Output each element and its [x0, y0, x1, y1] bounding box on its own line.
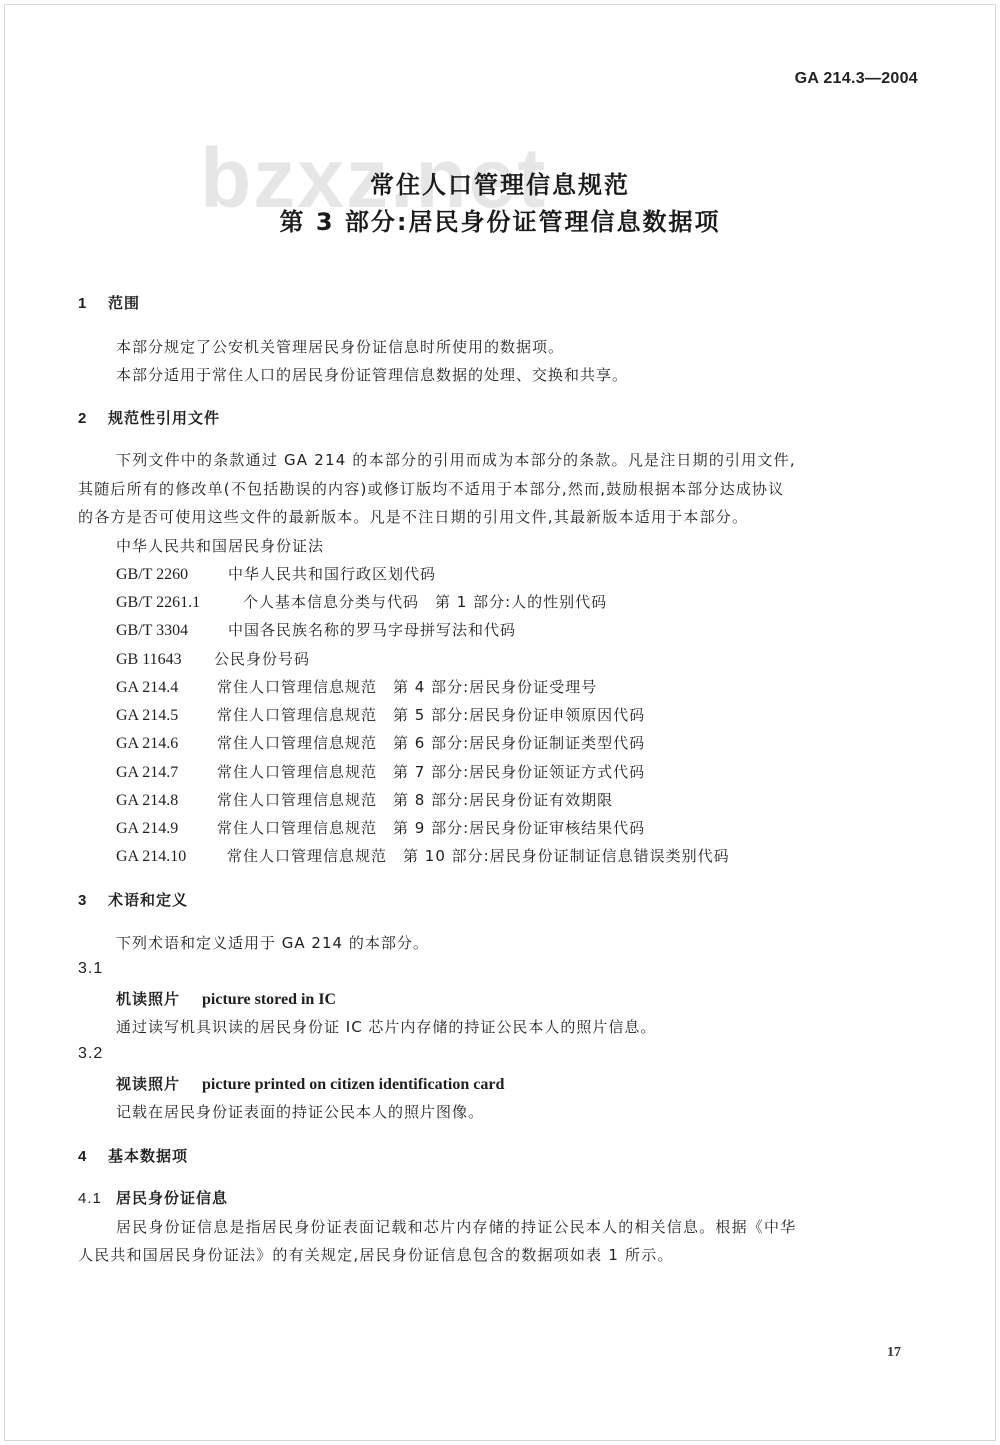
section-title: 基本数据项 [108, 1147, 188, 1165]
section-number: 4 [78, 1148, 108, 1165]
reference-item: GA 214.5常住人口管理信息规范 第 5 部分:居民身份证申领原因代码 [116, 704, 645, 725]
reference-title: 常住人口管理信息规范 第 6 部分:居民身份证制证类型代码 [217, 734, 645, 752]
subsection-title: 居民身份证信息 [116, 1189, 228, 1207]
term-heading: 视读照片picture printed on citizen identific… [116, 1073, 504, 1094]
term-definition: 通过读写机具识读的居民身份证 IC 芯片内存储的持证公民本人的照片信息。 [116, 1016, 656, 1037]
document-code: GA 214.3—2004 [795, 70, 918, 88]
section-1-heading: 1范围 [78, 292, 140, 313]
reference-item: GB/T 3304中国各民族名称的罗马字母拼写法和代码 [116, 619, 516, 640]
reference-title: 常住人口管理信息规范 第 4 部分:居民身份证受理号 [217, 678, 597, 696]
page-number: 17 [887, 1345, 901, 1361]
reference-title: 常住人口管理信息规范 第 7 部分:居民身份证领证方式代码 [217, 763, 645, 781]
reference-item: GA 214.4常住人口管理信息规范 第 4 部分:居民身份证受理号 [116, 676, 597, 697]
reference-item: GA 214.9常住人口管理信息规范 第 9 部分:居民身份证审核结果代码 [116, 817, 645, 838]
section-4-heading: 4基本数据项 [78, 1145, 188, 1166]
term-zh: 视读照片 [116, 1075, 180, 1093]
reference-code: GA 214.4 [116, 679, 217, 697]
document-title: 常住人口管理信息规范 [0, 165, 1000, 200]
term-zh: 机读照片 [116, 990, 180, 1008]
reference-title: 常住人口管理信息规范 第 10 部分:居民身份证制证信息错误类别代码 [227, 847, 730, 865]
paragraph: 本部分适用于常住人口的居民身份证管理信息数据的处理、交换和共享。 [116, 364, 628, 385]
reference-item: GA 214.6常住人口管理信息规范 第 6 部分:居民身份证制证类型代码 [116, 732, 645, 753]
reference-code: GB/T 2260 [116, 566, 228, 584]
section-title: 范围 [108, 294, 140, 312]
paragraph: 下列文件中的条款通过 GA 214 的本部分的引用而成为本部分的条款。凡是注日期… [116, 449, 796, 470]
paragraph: 的各方是否可使用这些文件的最新版本。凡是不注日期的引用文件,其最新版本适用于本部… [78, 506, 748, 527]
reference-code: GA 214.10 [116, 848, 227, 866]
reference-code: GA 214.7 [116, 764, 217, 782]
paragraph: 本部分规定了公安机关管理居民身份证信息时所使用的数据项。 [116, 336, 564, 357]
reference-code: GA 214.8 [116, 792, 217, 810]
paragraph: 其随后所有的修改单(不包括勘误的内容)或修订版均不适用于本部分,然而,鼓励根据本… [78, 478, 784, 499]
reference-code: GA 214.6 [116, 735, 217, 753]
paragraph: 下列术语和定义适用于 GA 214 的本部分。 [116, 932, 429, 953]
term-heading: 机读照片picture stored in IC [116, 988, 336, 1009]
section-2-heading: 2规范性引用文件 [78, 407, 220, 428]
reference-title: 常住人口管理信息规范 第 5 部分:居民身份证申领原因代码 [217, 706, 645, 724]
reference-item: GA 214.10常住人口管理信息规范 第 10 部分:居民身份证制证信息错误类… [116, 845, 730, 866]
section-title: 规范性引用文件 [108, 409, 220, 427]
document-subtitle: 第 3 部分:居民身份证管理信息数据项 [0, 202, 1000, 237]
subsection-4-1-heading: 4.1居民身份证信息 [78, 1187, 228, 1208]
section-title: 术语和定义 [108, 891, 188, 909]
reference-item: GA 214.7常住人口管理信息规范 第 7 部分:居民身份证领证方式代码 [116, 761, 645, 782]
section-number: 3 [78, 892, 108, 909]
paragraph: 居民身份证信息是指居民身份证表面记载和芯片内存储的持证公民本人的相关信息。根据《… [116, 1216, 796, 1237]
reference-item: GA 214.8常住人口管理信息规范 第 8 部分:居民身份证有效期限 [116, 789, 613, 810]
reference-title: 中华人民共和国居民身份证法 [116, 537, 324, 555]
term-number: 3.2 [78, 1045, 103, 1063]
reference-code: GA 214.9 [116, 820, 217, 838]
reference-item: GB 11643公民身份号码 [116, 648, 310, 669]
section-3-heading: 3术语和定义 [78, 889, 188, 910]
reference-item: GB/T 2260中华人民共和国行政区划代码 [116, 563, 436, 584]
reference-title: 中国各民族名称的罗马字母拼写法和代码 [228, 621, 516, 639]
reference-code: GB/T 3304 [116, 622, 228, 640]
reference-code: GB/T 2261.1 [116, 594, 243, 612]
reference-title: 常住人口管理信息规范 第 8 部分:居民身份证有效期限 [217, 791, 613, 809]
subsection-number: 4.1 [78, 1190, 116, 1207]
reference-title: 公民身份号码 [214, 650, 310, 668]
reference-item: 中华人民共和国居民身份证法 [116, 535, 324, 556]
term-en: picture stored in IC [202, 991, 336, 1008]
term-en: picture printed on citizen identificatio… [202, 1076, 504, 1093]
reference-code: GB 11643 [116, 651, 214, 669]
section-number: 2 [78, 410, 108, 427]
reference-title: 中华人民共和国行政区划代码 [228, 565, 436, 583]
reference-code: GA 214.5 [116, 707, 217, 725]
term-definition: 记载在居民身份证表面的持证公民本人的照片图像。 [116, 1101, 484, 1122]
section-number: 1 [78, 295, 108, 312]
reference-title: 常住人口管理信息规范 第 9 部分:居民身份证审核结果代码 [217, 819, 645, 837]
term-number: 3.1 [78, 960, 103, 978]
reference-item: GB/T 2261.1个人基本信息分类与代码 第 1 部分:人的性别代码 [116, 591, 607, 612]
paragraph: 人民共和国居民身份证法》的有关规定,居民身份证信息包含的数据项如表 1 所示。 [78, 1244, 674, 1265]
reference-title: 个人基本信息分类与代码 第 1 部分:人的性别代码 [243, 593, 607, 611]
